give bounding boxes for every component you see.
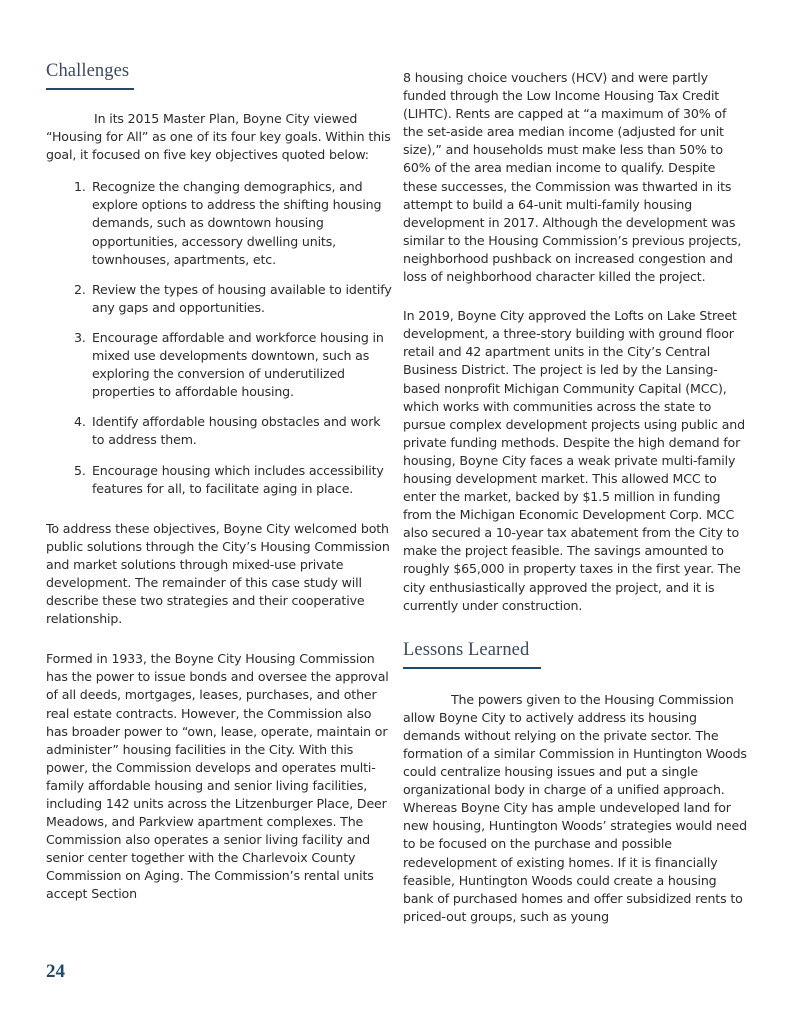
objective-number: 2. — [74, 281, 86, 299]
objective-text: Identify affordable housing obstacles an… — [92, 414, 380, 447]
section-heading-lessons-learned: Lessons Learned — [403, 639, 541, 669]
objective-item: 4. Identify affordable housing obstacles… — [46, 413, 392, 449]
objective-number: 3. — [74, 329, 86, 347]
strategy-paragraph: To address these objectives, Boyne City … — [46, 520, 392, 629]
lofts-paragraph: In 2019, Boyne City approved the Lofts o… — [403, 307, 749, 615]
left-column: Challenges In its 2015 Master Plan, Boyn… — [46, 60, 392, 904]
objective-item: 2. Review the types of housing available… — [46, 281, 392, 317]
objective-text: Recognize the changing demographics, and… — [92, 179, 381, 266]
objective-item: 3. Encourage affordable and workforce ho… — [46, 329, 392, 401]
objective-number: 4. — [74, 413, 86, 431]
objective-text: Encourage housing which includes accessi… — [92, 463, 384, 496]
objective-item: 1. Recognize the changing demographics, … — [46, 178, 392, 268]
objective-number: 5. — [74, 462, 86, 480]
page-number: 24 — [46, 961, 65, 983]
housing-commission-paragraph: Formed in 1933, the Boyne City Housing C… — [46, 650, 392, 903]
right-column: 8 housing choice vouchers (HCV) and were… — [403, 69, 749, 926]
document-page: Challenges In its 2015 Master Plan, Boyn… — [0, 0, 791, 1023]
intro-paragraph: In its 2015 Master Plan, Boyne City view… — [46, 110, 392, 164]
objective-text: Encourage affordable and workforce housi… — [92, 330, 384, 399]
objective-item: 5. Encourage housing which includes acce… — [46, 462, 392, 498]
objective-number: 1. — [74, 178, 86, 196]
objectives-list: 1. Recognize the changing demographics, … — [46, 178, 392, 497]
vouchers-paragraph: 8 housing choice vouchers (HCV) and were… — [403, 69, 749, 286]
section-heading-challenges: Challenges — [46, 60, 134, 90]
objective-text: Review the types of housing available to… — [92, 282, 392, 315]
lessons-paragraph: The powers given to the Housing Commissi… — [403, 691, 749, 926]
